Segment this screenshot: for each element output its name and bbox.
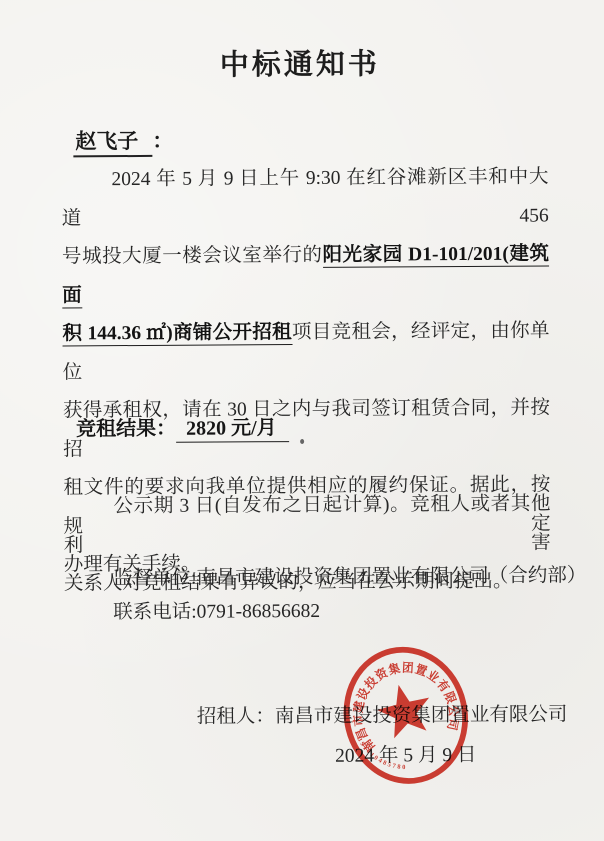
- bid-result-line: 竞租结果：2820 元/月: [76, 411, 289, 441]
- bid-result-value: 2820 元/月: [176, 417, 289, 443]
- addressee-line: 赵飞子：: [73, 125, 173, 156]
- text-line: 公示期 3 日(自发布之日起计算)。竞租人或者其他利害: [63, 485, 550, 565]
- text-line: 号城投大厦一楼会议室举行的阳光家园 D1-101/201(建筑面: [62, 235, 549, 315]
- scanned-document-page: 中标通知书 赵飞子： 2024 年 5 月 9 日上午 9:30 在红谷滩新区丰…: [0, 0, 604, 841]
- body-text: 2024 年 5 月 9 日上午 9:30 在红谷滩新区丰和中大道 456: [62, 166, 549, 228]
- supervisor-unit-line: 监督单位:南昌市建设投资集团置业有限公司（合约部）: [113, 559, 587, 590]
- addressee-colon: ：: [152, 129, 173, 153]
- ink-speck: [300, 439, 304, 444]
- contact-phone-line: 联系电话:0791-86856682: [113, 595, 320, 624]
- text-line: 积 144.36 ㎡)商铺公开招租项目竞租会，经评定，由你单位: [62, 312, 549, 392]
- document-date: 2024 年 5 月 9 日: [335, 739, 477, 768]
- text-line: 2024 年 5 月 9 日上午 9:30 在红谷滩新区丰和中大道 456: [61, 158, 548, 238]
- page-title: 中标通知书: [0, 40, 602, 85]
- document-content: 中标通知书 赵飞子： 2024 年 5 月 9 日上午 9:30 在红谷滩新区丰…: [0, 0, 604, 841]
- highlighted-underlined-text: 积 144.36 ㎡)商铺公开招租: [62, 322, 292, 346]
- bid-result-label: 竞租结果：: [76, 418, 176, 441]
- lessor-signature-line: 招租人：南昌市建设投资集团置业有限公司: [197, 698, 568, 728]
- body-text: 公示期 3 日(自发布之日起计算)。竞租人或者其他利害: [64, 493, 551, 555]
- addressee-name: 赵飞子: [73, 129, 152, 157]
- body-text: 号城投大厦一楼会议室举行的: [62, 245, 323, 268]
